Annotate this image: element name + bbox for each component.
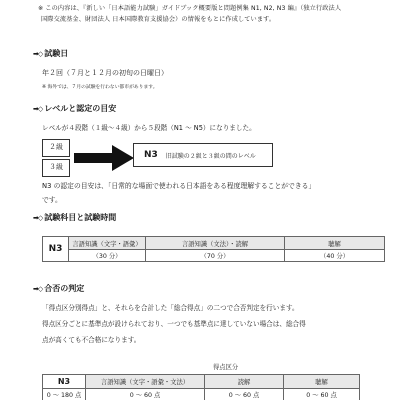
score-range-language: 0 ～ 60 点	[86, 389, 205, 400]
score-range-reading: 0 ～ 60 点	[205, 389, 284, 400]
subject-time-vocab: （30 分）	[69, 250, 146, 262]
score-header-reading: 読解	[205, 375, 284, 389]
source-note-line-2: 国際交流基金、財団法人 日本国際教育支援協会）の情報をもとに作成しています。	[38, 14, 388, 25]
arrow-bullet-icon: ➡◇	[33, 105, 42, 113]
score-header-listening: 聴解	[284, 375, 360, 389]
score-level-header: N3	[43, 375, 86, 389]
subject-time-grammar-reading: （70 分）	[146, 250, 285, 262]
score-total-range: 0 ～ 180 点	[43, 389, 86, 400]
subjects-level-cell: N3	[43, 237, 69, 262]
n3-criteria-line-1: N3 の認定の目安は、「日常的な場面で使われる日本語をある程度理解することができ…	[42, 180, 315, 190]
subject-header-vocab: 言語知識（文字・語彙）	[69, 237, 146, 250]
level-change-text: レベルが４段階（１級～４級）から５段階（N1 ～ N5）になりました。	[42, 122, 256, 132]
source-note-line-1: ※ この内容は、『新しい「日本語能力試験」ガイドブック概要版と問題例集 N1, …	[38, 3, 388, 14]
exam-date-note: ※ 海外では、７月の試験を行わない都市があります。	[42, 83, 158, 90]
score-range-table: N3 言語知識（文字・語彙・文法） 読解 聴解 0 ～ 180 点 0 ～ 60…	[42, 374, 360, 400]
source-note: ※ この内容は、『新しい「日本語能力試験」ガイドブック概要版と問題例集 N1, …	[38, 3, 388, 25]
section-heading-pass: ➡◇ 合否の判定	[33, 283, 84, 294]
score-header-language: 言語知識（文字・語彙・文法）	[86, 375, 205, 389]
section-heading-level: ➡◇ レベルと認定の目安	[33, 103, 116, 114]
pass-text-line-1: 「得点区分別得点」と、それらを合計した「総合得点」の二つで合否判定を行います。	[42, 302, 299, 312]
big-arrow-right-icon	[112, 145, 134, 171]
big-arrow-shaft	[74, 153, 114, 163]
score-section-caption: 得点区分	[213, 362, 238, 371]
arrow-bullet-icon: ➡◇	[33, 285, 42, 293]
arrow-bullet-icon: ➡◇	[33, 214, 42, 222]
old-level-2kyu-box: ２級	[42, 139, 70, 157]
subject-time-listening: （40 分）	[285, 250, 385, 262]
section-heading-subjects: ➡◇ 試験科目と試験時間	[33, 212, 116, 223]
n3-criteria-line-2: です。	[42, 194, 62, 204]
score-range-listening: 0 ～ 60 点	[284, 389, 360, 400]
subject-header-grammar-reading: 言語知識（文法）・読解	[146, 237, 285, 250]
pass-text-line-3: 点が高くても不合格になります。	[42, 334, 140, 344]
subjects-time-table: N3 言語知識（文字・語彙） 言語知識（文法）・読解 聴解 （30 分） （70…	[42, 236, 385, 262]
pass-text-line-2: 得点区分ごとに基準点が設けられており、一つでも基準点に達していない場合は、総合得	[42, 318, 306, 328]
new-level-n3-box: N3 旧試験の２級と３級の間のレベル	[133, 143, 273, 167]
exam-date-text: 年２回（７月と１２月の初旬の日曜日）	[42, 68, 168, 78]
section-heading-exam-date: ➡◇ 試験日	[33, 48, 68, 59]
arrow-bullet-icon: ➡◇	[33, 50, 42, 58]
subject-header-listening: 聴解	[285, 237, 385, 250]
old-level-3kyu-box: ３級	[42, 159, 70, 177]
